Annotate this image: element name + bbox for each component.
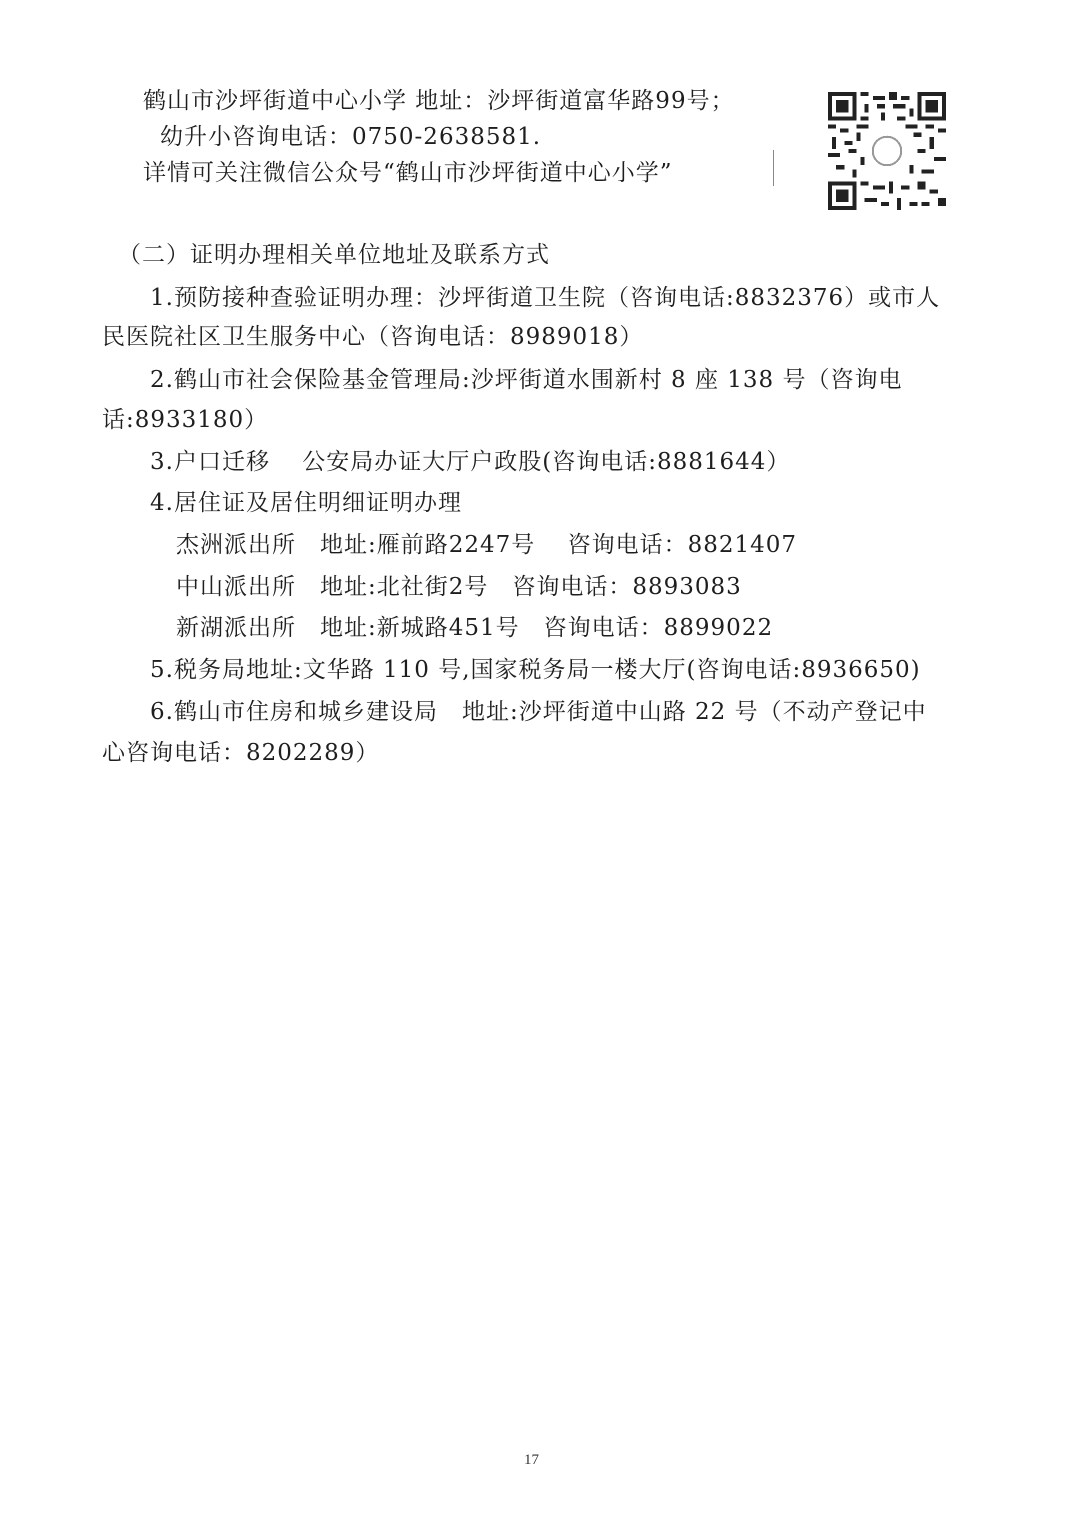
school-phone-line: 幼升小咨询电话：0750-2638581. — [160, 122, 541, 152]
school-wechat-line: 详情可关注微信公众号“鹤山市沙坪街道中心小学” — [143, 158, 673, 188]
divider — [773, 150, 774, 186]
section-heading: （二）证明办理相关单位地址及联系方式 — [118, 240, 550, 270]
item-housing-bureau-line1: 6.鹤山市住房和城乡建设局 地址:沙坪街道中山路 22 号（不动产登记中 — [150, 697, 927, 727]
qr-code-icon — [828, 92, 946, 210]
school-address-line: 鹤山市沙坪街道中心小学 地址：沙坪街道富华路99号； — [143, 86, 735, 116]
item-vaccination-line2: 民医院社区卫生服务中心（咨询电话：8989018） — [102, 322, 643, 352]
item-housing-bureau-line2: 心咨询电话：8202289） — [102, 738, 379, 768]
item-vaccination-line1: 1.预防接种查验证明办理：沙坪街道卫生院（咨询电话:8832376）或市人 — [150, 283, 940, 313]
station-zhongshan: 中山派出所 地址:北社街2号 咨询电话：8893083 — [176, 572, 742, 602]
item-social-security-line1: 2.鹤山市社会保险基金管理局:沙坪街道水围新村 8 座 138 号（咨询电 — [150, 365, 902, 395]
page-number: 17 — [524, 1452, 539, 1469]
station-xinhu: 新湖派出所 地址:新城路451号 咨询电话：8899022 — [176, 613, 773, 643]
item-social-security-line2: 话:8933180） — [102, 405, 268, 435]
item-hukou: 3.户口迁移 公安局办证大厅户政股(咨询电话:8881644） — [150, 447, 790, 477]
station-jiezhou: 杰洲派出所 地址:雁前路2247号 咨询电话：8821407 — [176, 530, 797, 560]
item-residence-permit: 4.居住证及居住明细证明办理 — [150, 488, 462, 518]
item-tax-bureau: 5.税务局地址:文华路 110 号,国家税务局一楼大厅(咨询电话:8936650… — [150, 655, 921, 685]
